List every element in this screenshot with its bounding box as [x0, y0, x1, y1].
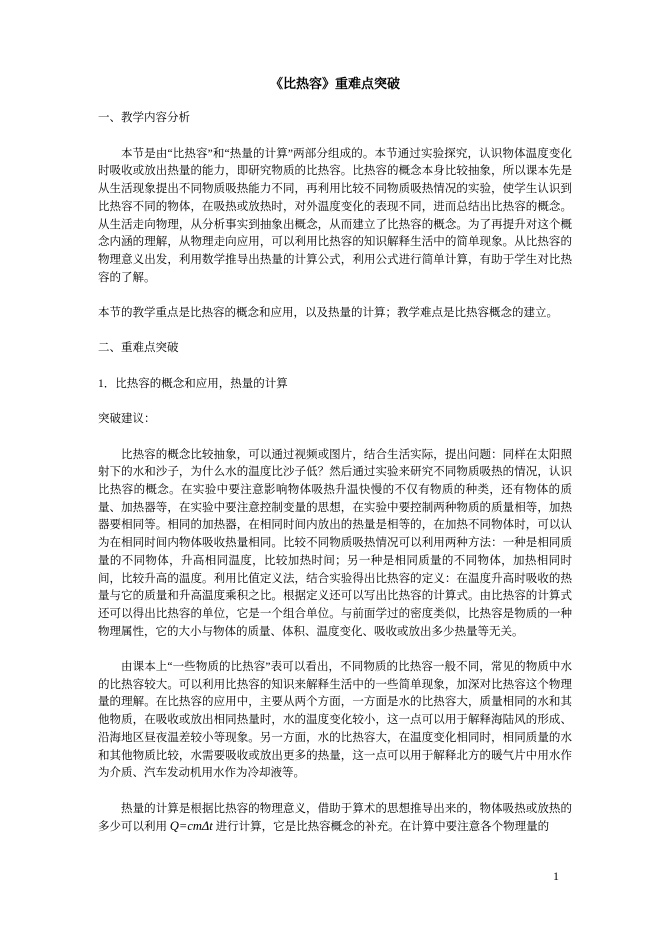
paragraph-application: 由课本上“一些物质的比热容”表可以看出，不同物质的比热容一般不同，常见的物质中水…	[98, 659, 572, 783]
heat-calc-text-after: 进行计算，它是比热容概念的补充。在计算中要注意各个物理量的	[213, 821, 549, 833]
advice-label: 突破建议：	[98, 411, 572, 429]
heat-formula: Q=cmΔt	[170, 819, 213, 833]
paragraph-concept-suggestion: 比热容的概念比较抽象，可以通过视频或图片，结合生活实际，提出问题：同样在太阳照射…	[98, 447, 572, 642]
page-number: 1	[553, 869, 559, 883]
section-heading-analysis: 一、教学内容分析	[98, 110, 572, 128]
document-title: 《比热容》重难点突破	[98, 75, 572, 93]
document-page: 《比热容》重难点突破 一、教学内容分析 本节是由“比热容”和“热量的计算”两部分…	[0, 0, 661, 935]
paragraph-teaching-keypoints: 本节的教学重点是比热容的概念和应用，以及热量的计算；教学难点是比热容概念的建立。	[98, 305, 572, 323]
section-heading-breakthrough: 二、重难点突破	[98, 340, 572, 358]
paragraph-heat-calculation: 热量的计算是根据比热容的物理意义，借助于算术的思想推导出来的，物体吸热或放热的多…	[98, 801, 572, 837]
paragraph-content-analysis: 本节是由“比热容”和“热量的计算”两部分组成的。本节通过实验探究，认识物体温度变…	[98, 146, 572, 288]
list-item-topic-1: 1．比热容的概念和应用，热量的计算	[98, 376, 572, 394]
document-content: 《比热容》重难点突破 一、教学内容分析 本节是由“比热容”和“热量的计算”两部分…	[98, 75, 572, 855]
